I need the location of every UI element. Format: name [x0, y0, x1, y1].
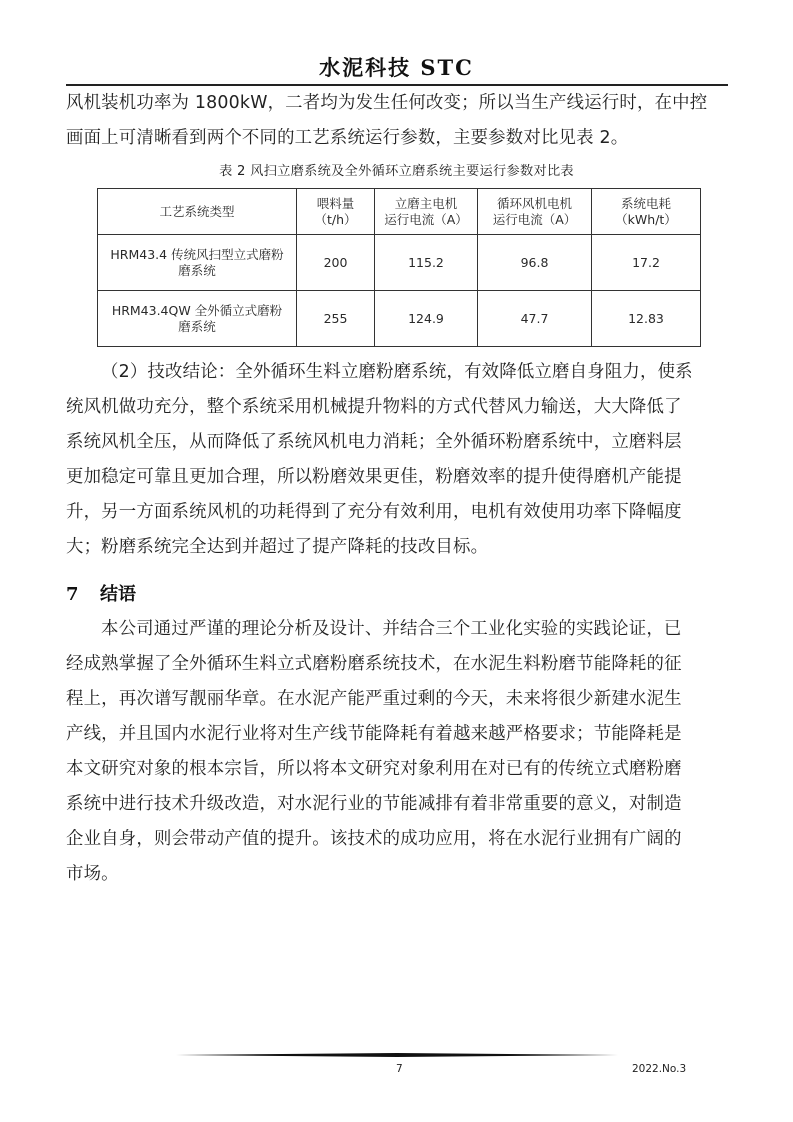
summary-line-7: 企业自身，则会带动产值的提升。该技术的成功应用，将在水泥行业拥有广阔的 [66, 828, 730, 850]
conclusion-line-2: 统风机做功充分，整个系统采用机械提升物料的方式代替风力输送，大大降低了 [66, 396, 730, 418]
summary-line-3: 程上，再次谱写靓丽华章。在水泥产能严重过剩的今天，未来将很少新建水泥生 [66, 688, 730, 710]
cell-system-type: HRM43.4QW 全外循立式磨粉磨系统 [98, 291, 297, 347]
comparison-table: 工艺系统类型 喂料量（t/h） 立磨主电机运行电流（A） 循环风机电机运行电流（… [97, 188, 701, 347]
section-heading: 7结语 [66, 580, 136, 606]
header-system-power: 系统电耗（kWh/t） [592, 189, 701, 235]
cell-mill-motor-current: 124.9 [375, 291, 478, 347]
journal-header-title: 水泥科技 STC [0, 52, 793, 82]
intro-line-2: 画面上可清晰看到两个不同的工艺系统运行参数，主要参数对比见表 2。 [66, 127, 730, 149]
conclusion-line-4: 更加稳定可靠且更加合理，所以粉磨效果更佳，粉磨效率的提升使得磨机产能提 [66, 466, 730, 488]
conclusion-line-1: （2）技改结论：全外循环生料立磨粉磨系统，有效降低立磨自身阻力，使系 [101, 361, 730, 383]
summary-line-6: 系统中进行技术升级改造，对水泥行业的节能减排有着非常重要的意义，对制造 [66, 793, 730, 815]
cell-system-type: HRM43.4 传统风扫型立式磨粉磨系统 [98, 235, 297, 291]
table-row: HRM43.4QW 全外循立式磨粉磨系统 255 124.9 47.7 12.8… [98, 291, 701, 347]
cell-fan-motor-current: 96.8 [478, 235, 592, 291]
issue-label: 2022.No.3 [632, 1063, 686, 1075]
intro-line-1: 风机装机功率为 1800kW，二者均为发生任何改变；所以当生产线运行时，在中控 [66, 92, 730, 114]
summary-line-5: 本文研究对象的根本宗旨，所以将本文研究对象利用在对已有的传统立式磨粉磨 [66, 758, 730, 780]
header-divider [66, 84, 728, 86]
section-number: 7 [66, 584, 100, 605]
header-feed-rate: 喂料量（t/h） [297, 189, 375, 235]
table-caption: 表 2 风扫立磨系统及全外循环立磨系统主要运行参数对比表 [0, 160, 793, 179]
footer-divider [66, 1053, 728, 1057]
header-mill-motor-current: 立磨主电机运行电流（A） [375, 189, 478, 235]
conclusion-line-5: 升，另一方面系统风机的功耗得到了充分有效利用，电机有效使用功率下降幅度 [66, 501, 730, 523]
cell-system-power: 12.83 [592, 291, 701, 347]
summary-line-8: 市场。 [66, 863, 730, 885]
summary-line-1: 本公司通过严谨的理论分析及设计、并结合三个工业化实验的实践论证，已 [101, 618, 730, 640]
cell-feed-rate: 200 [297, 235, 375, 291]
section-title: 结语 [100, 584, 136, 605]
page-number: 7 [396, 1063, 403, 1075]
header-fan-motor-current: 循环风机电机运行电流（A） [478, 189, 592, 235]
cell-mill-motor-current: 115.2 [375, 235, 478, 291]
cell-feed-rate: 255 [297, 291, 375, 347]
table-header-row: 工艺系统类型 喂料量（t/h） 立磨主电机运行电流（A） 循环风机电机运行电流（… [98, 189, 701, 235]
header-system-type: 工艺系统类型 [98, 189, 297, 235]
summary-line-2: 经成熟掌握了全外循环生料立式磨粉磨系统技术，在水泥生料粉磨节能降耗的征 [66, 653, 730, 675]
cell-system-power: 17.2 [592, 235, 701, 291]
conclusion-line-3: 系统风机全压，从而降低了系统风机电力消耗；全外循环粉磨系统中，立磨料层 [66, 431, 730, 453]
summary-line-4: 产线，并且国内水泥行业将对生产线节能降耗有着越来越严格要求；节能降耗是 [66, 723, 730, 745]
table-row: HRM43.4 传统风扫型立式磨粉磨系统 200 115.2 96.8 17.2 [98, 235, 701, 291]
cell-fan-motor-current: 47.7 [478, 291, 592, 347]
conclusion-line-6: 大；粉磨系统完全达到并超过了提产降耗的技改目标。 [66, 536, 730, 558]
